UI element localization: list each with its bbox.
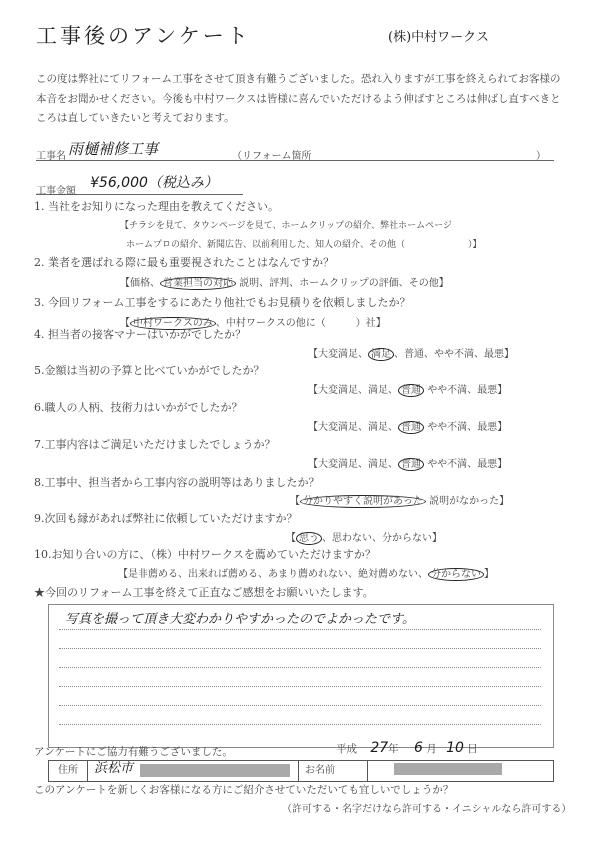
reform-location-close: ） (536, 147, 546, 162)
comment-line (59, 667, 541, 668)
project-name-label: 工事名 (36, 147, 66, 162)
question-7-options: 【大変満足、満足、普通 やや不満、最悪】 (308, 455, 507, 470)
option-yes-selected[interactable]: 思う (296, 532, 322, 545)
option-normal-selected[interactable]: 普通 (398, 458, 424, 471)
option-worst[interactable]: 最悪 (477, 422, 497, 433)
question-6: 6.職人の人柄、技術力はいかがでしたか？ (34, 399, 243, 415)
year-label: 年 (388, 743, 399, 755)
thanks-message: アンケートにご協力有難うございました。 (34, 744, 233, 759)
question-6-options: 【大変満足、満足、普通 やや不満、最悪】 (308, 418, 507, 433)
question-5: 5.金額は当初の予算と比べていかがでしたか？ (34, 362, 265, 378)
day-value: 10 (446, 740, 464, 756)
question-5-options: 【大変満足、満足、普通 やや不満、最悪】 (308, 381, 507, 396)
month-value: 6 (414, 740, 423, 756)
option-slightly-dissatisfied[interactable]: やや不満 (434, 349, 474, 360)
option-slightly-dissatisfied[interactable]: やや不満 (427, 422, 467, 433)
question-2: 2. 業者を選ばれる際に最も重要視されたことはなんですか？ (34, 254, 334, 270)
option-slightly-dissatisfied[interactable]: やや不満 (427, 459, 467, 470)
option-worst[interactable]: 最悪 (484, 349, 504, 360)
option-very-satisfied[interactable]: 大変満足 (318, 349, 358, 360)
question-2-options: 【価格、営業担当の対応 説明、評判、ホームクリップの評価、その他】 (120, 274, 449, 289)
option-definitely-recommend[interactable]: 是非薦める (128, 569, 178, 580)
question-4: 4. 担当者の接客マナーはいかがでしたか？ (34, 326, 246, 342)
redaction-bar (140, 764, 290, 777)
option-worst[interactable]: 最悪 (477, 459, 497, 470)
option-no-explanation[interactable]: 説明がなかった (429, 496, 499, 507)
option-other-companies[interactable]: 中村ワークスの他に（ ）社 (226, 318, 376, 329)
option-very-satisfied[interactable]: 大変満足 (318, 422, 358, 433)
address-value: 浜松市 (94, 759, 133, 779)
era-label: 平成 (336, 743, 357, 755)
date-field[interactable]: 平成 27年 6 月 10 日 (336, 740, 478, 756)
month-label: 月 (426, 743, 437, 755)
question-10: 10.お知り合いの方に、（株）中村ワークスを薦めていただけますか？ (34, 546, 376, 562)
option-satisfied-selected[interactable]: 満足 (368, 348, 394, 361)
option-slightly-dissatisfied[interactable]: やや不満 (427, 385, 467, 396)
comment-line (59, 686, 541, 687)
name-label: お名前 (299, 761, 368, 781)
option-never-recommend[interactable]: 絶対薦めない (358, 569, 418, 580)
option-reputation[interactable]: 評判 (269, 278, 289, 289)
comment-prompt: ★今回のリフォーム工事を終えて正直なご感想をお願いいたします。 (34, 584, 374, 600)
question-10-options: 【是非薦める、出来れば薦める、あまり薦めれない、絶対薦めない、分からない】 (118, 565, 494, 580)
question-1-options-line2: ホームプロの紹介、新聞広告、以前利用した、知人の紹介、その他（ ）】 (126, 237, 482, 250)
address-field[interactable]: 浜松市 (88, 761, 299, 781)
address-label: 住所 (49, 761, 88, 781)
comment-line (59, 648, 541, 649)
question-4-options: 【大変満足、満足、普通、やや不満、最悪】 (308, 345, 514, 360)
question-9-options: 【思う、思わない、分からない】 (286, 529, 442, 544)
comment-line (59, 724, 541, 725)
year-value: 27 (370, 740, 388, 756)
option-dont-know[interactable]: 分からない (382, 533, 432, 544)
reform-location-label: （リフォーム箇所 (232, 147, 312, 162)
comment-line (59, 705, 541, 706)
question-7: 7.工事内容はご満足いただけましたでしょうか？ (34, 436, 276, 452)
amount-label: 工事金額 (36, 182, 76, 197)
project-name-value: 雨樋補修工事 (68, 138, 158, 159)
option-normal-selected[interactable]: 普通 (398, 384, 424, 397)
amount-value: ¥56,000（税込み） (90, 172, 218, 192)
option-satisfied[interactable]: 満足 (368, 385, 388, 396)
question-8-options: 【分かりやすく説明があった 説明がなかった】 (290, 492, 509, 507)
permission-options[interactable]: （許可する・名字だけなら許可する・イニシャルなら許可する） (282, 800, 571, 815)
option-recommend-if-possible[interactable]: 出来れば薦める (188, 569, 258, 580)
option-hardly-recommend[interactable]: あまり薦めれない (268, 569, 348, 580)
option-very-satisfied[interactable]: 大変満足 (318, 459, 358, 470)
option-other[interactable]: その他 (409, 278, 439, 289)
option-explained-clearly-selected[interactable]: 分かりやすく説明があった (300, 495, 426, 508)
day-label: 日 (467, 743, 478, 755)
comment-line (59, 629, 541, 630)
question-8: 8.工事中、担当者から工事内容の説明等はありましたか？ (34, 474, 320, 490)
question-3: 3. 今回リフォーム工事をするにあたり他社でもお見積りを依頼しましたか？ (34, 294, 410, 310)
redaction-bar (394, 763, 502, 775)
comment-text: 写真を撮って頂き大変わかりやすかったのでよかったです。 (65, 608, 415, 627)
option-no[interactable]: 思わない (332, 533, 372, 544)
company-name: (株)中村ワークス (388, 26, 489, 45)
option-satisfied[interactable]: 満足 (368, 459, 388, 470)
project-name-field[interactable]: 工事名 雨樋補修工事 （リフォーム箇所 ） (36, 144, 554, 161)
page-title: 工事後のアンケート (36, 20, 251, 50)
question-1: 1. 当社をお知りになった理由を教えてください。 (34, 198, 279, 214)
option-normal[interactable]: 普通 (404, 349, 424, 360)
customer-info-table: 住所 浜松市 お名前 (48, 760, 554, 782)
option-sales-response-selected[interactable]: 営業担当の対応 (160, 277, 236, 290)
amount-field[interactable]: 工事金額 ¥56,000（税込み） (36, 178, 243, 195)
question-9: 9.次回も縁があれば弊社に依頼していただけますか？ (34, 510, 298, 526)
option-normal-selected[interactable]: 普通 (398, 421, 424, 434)
intro-text: この度は弊社にてリフォーム工事をさせて頂き有難うございました。恐れ入りますが工事… (36, 70, 566, 129)
permission-question: このアンケートを新しくお客様になる方にご紹介させていただいても宜しいでしょうか？ (34, 782, 453, 797)
option-price[interactable]: 価格 (130, 278, 150, 289)
option-satisfied[interactable]: 満足 (368, 422, 388, 433)
question-1-options-line1: 【チラシを見て、タウンページを見て、ホームクリップの紹介、弊社ホームページ (120, 218, 452, 231)
option-worst[interactable]: 最悪 (477, 385, 497, 396)
option-explanation[interactable]: 説明 (239, 278, 259, 289)
option-homeclip-rating[interactable]: ホームクリップの評価 (299, 278, 399, 289)
comment-box[interactable]: 写真を撮って頂き大変わかりやすかったのでよかったです。 (48, 604, 554, 748)
option-very-satisfied[interactable]: 大変満足 (318, 385, 358, 396)
name-field[interactable] (368, 761, 553, 781)
option-dont-know-selected[interactable]: 分からない (428, 568, 484, 581)
